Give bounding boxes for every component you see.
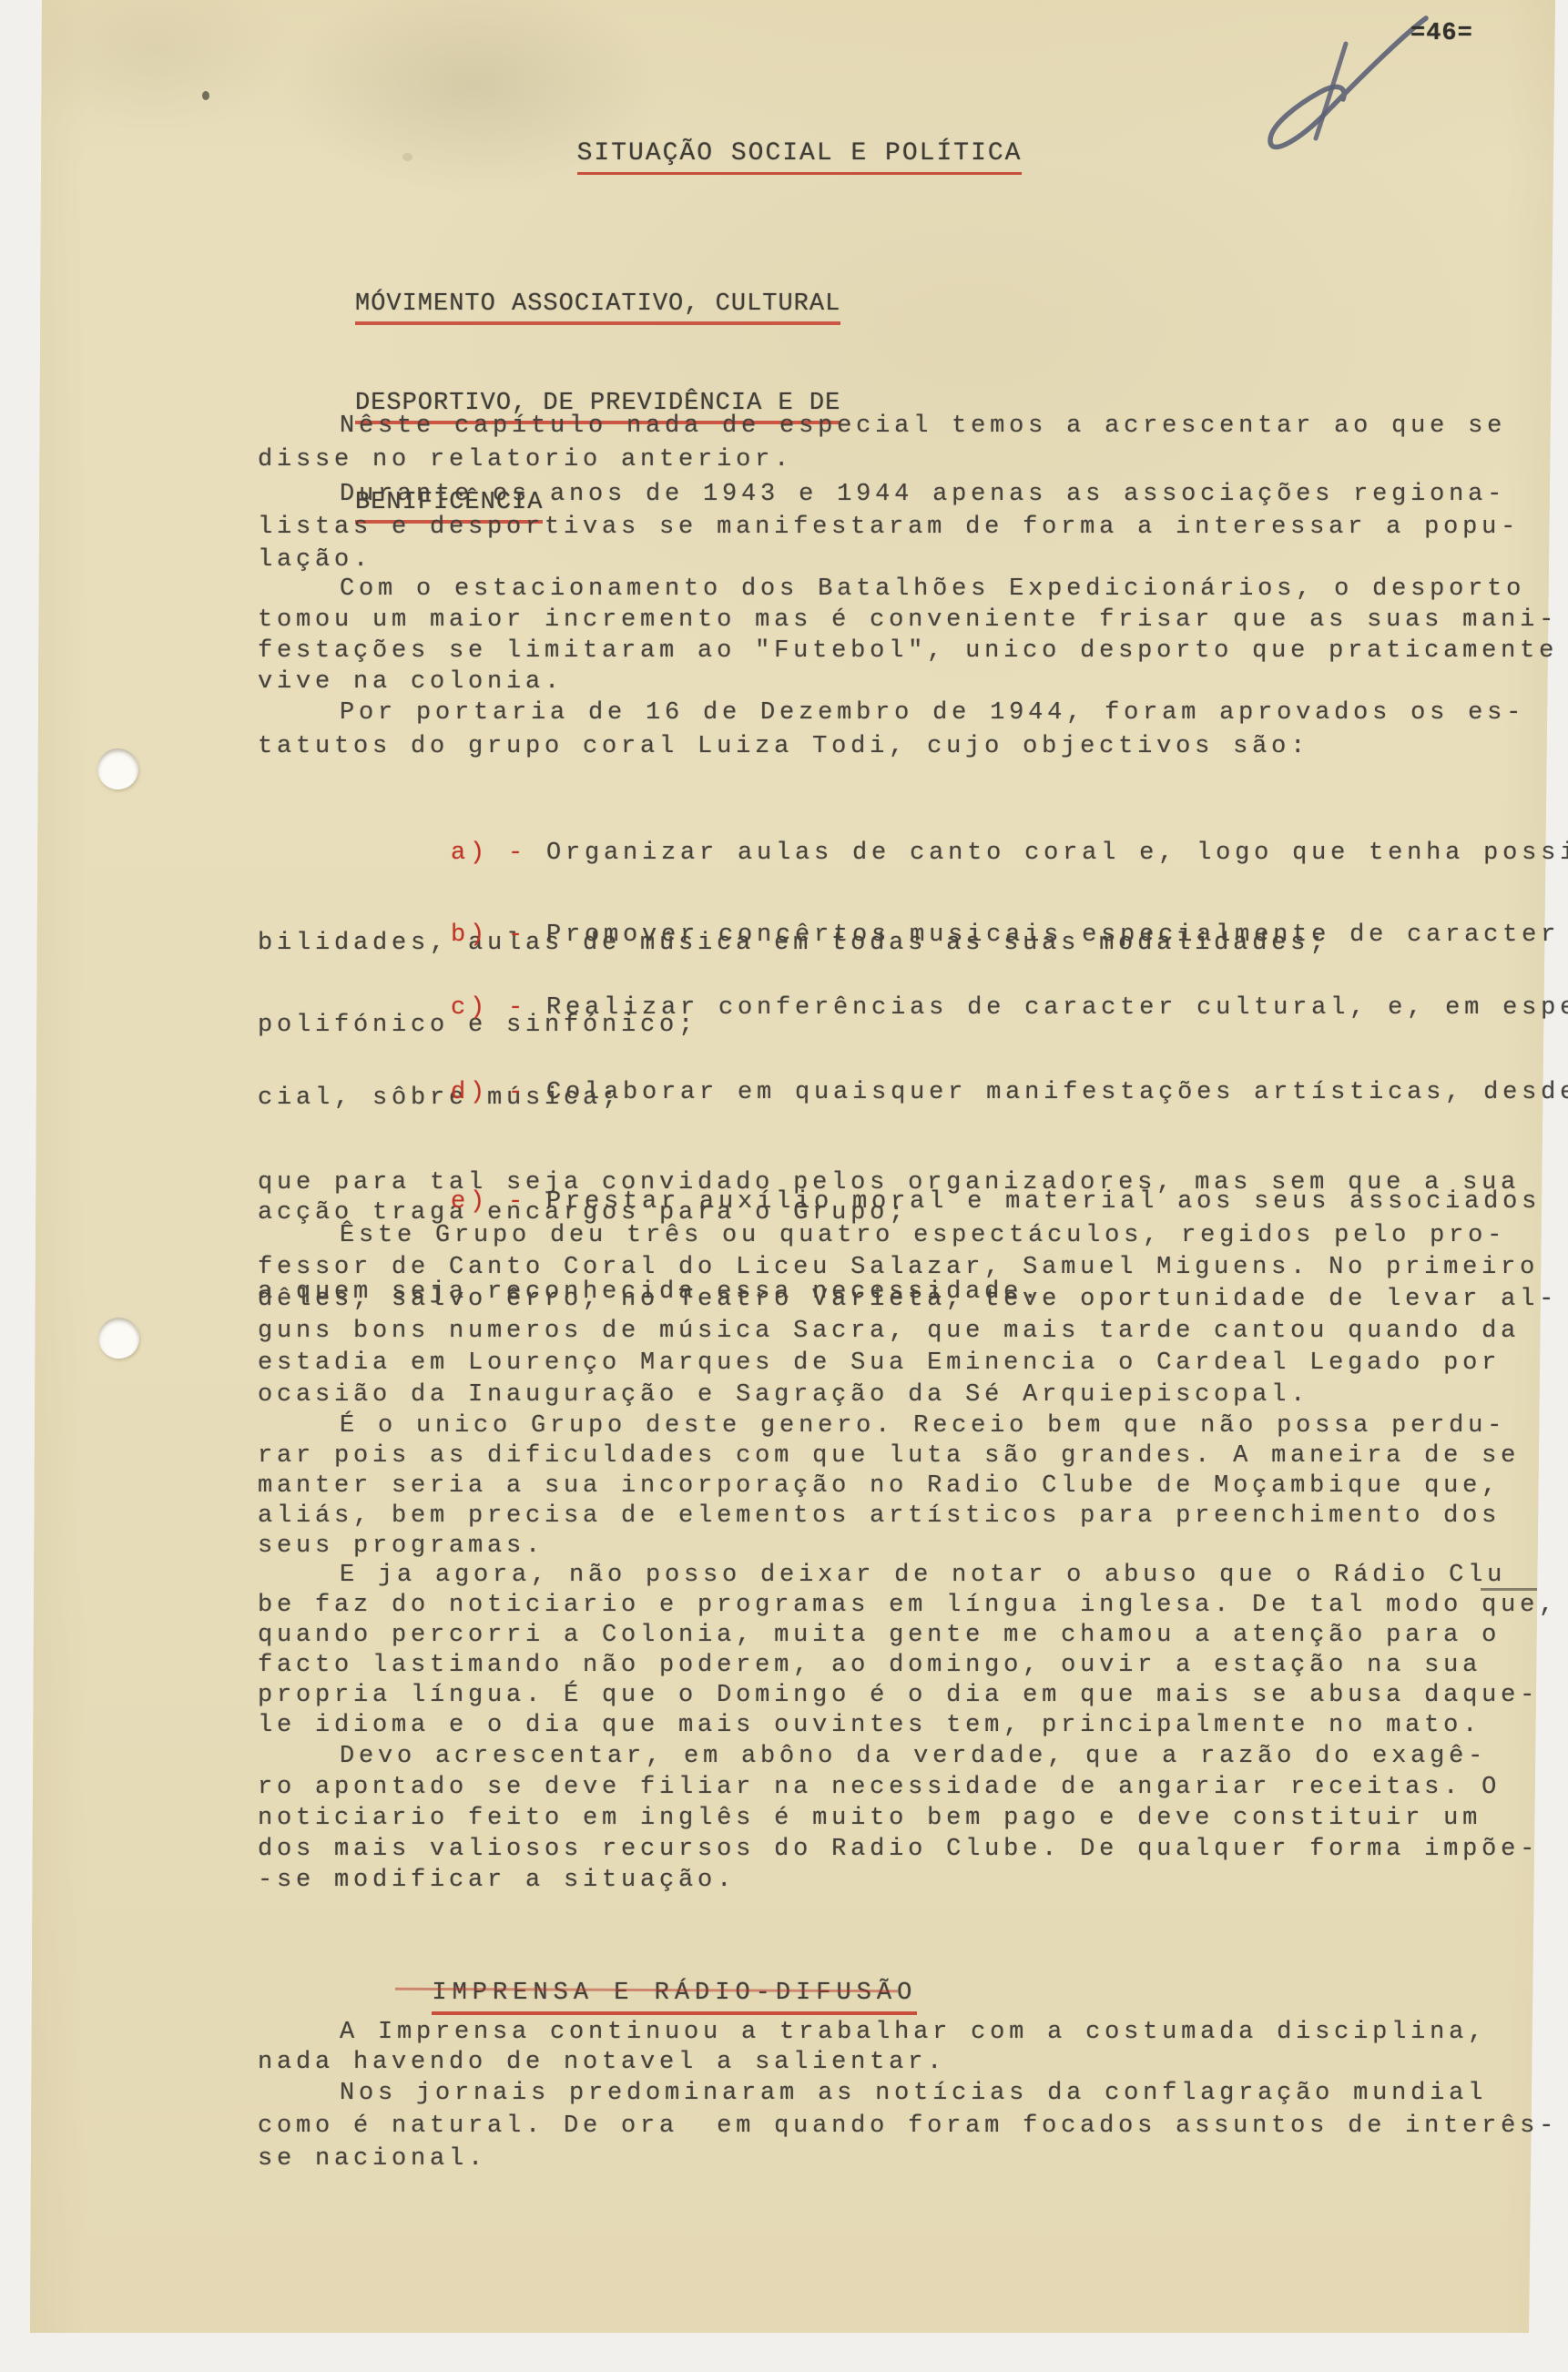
- paragraph: Nos jornais predominaram as notícias da …: [258, 2077, 1558, 2175]
- paragraph: Êste Grupo deu três ou quatro espectácul…: [258, 1220, 1558, 1411]
- paragraph: É o unico Grupo deste genero. Receio bem…: [258, 1411, 1520, 1562]
- punch-hole-top: [97, 748, 138, 789]
- typed-underline-mark: [1481, 1588, 1537, 1591]
- heading-line: MÓVIMENTO ASSOCIATIVO, CULTURAL: [355, 290, 840, 325]
- paragraph: Devo acrescentar, em abôno da verdade, q…: [258, 1741, 1539, 1896]
- paper-speck: [402, 153, 412, 161]
- page-title: SITUAÇÃO SOCIAL E POLÍTICA: [543, 111, 1022, 175]
- paragraph: Com o estacionamento dos Batalhões Exped…: [258, 574, 1558, 697]
- paragraph: Nêste capítulo nada de especial temos a …: [258, 410, 1506, 477]
- paragraph: E ja agora, não posso deixar de notar o …: [258, 1561, 1558, 1741]
- scanner-background: { "scan": { "page_number": "=46=", "hand…: [0, 0, 1568, 2372]
- paragraph: Por portaria de 16 de Dezembro de 1944, …: [258, 697, 1525, 764]
- paper-speck: [202, 91, 209, 100]
- page-number: =46=: [1410, 20, 1473, 47]
- paragraph: Durante os anos de 1943 e 1944 apenas as…: [258, 478, 1520, 576]
- punch-hole-bottom: [98, 1318, 139, 1359]
- item-letter: e) -: [451, 1188, 546, 1216]
- section-heading-imprensa: IMPRENSA E RÁDIO-DIFUSÃO: [392, 1947, 917, 2015]
- paragraph: A Imprensa continuou a trabalhar com a c…: [258, 2018, 1487, 2078]
- item-letter: d) -: [451, 1079, 546, 1106]
